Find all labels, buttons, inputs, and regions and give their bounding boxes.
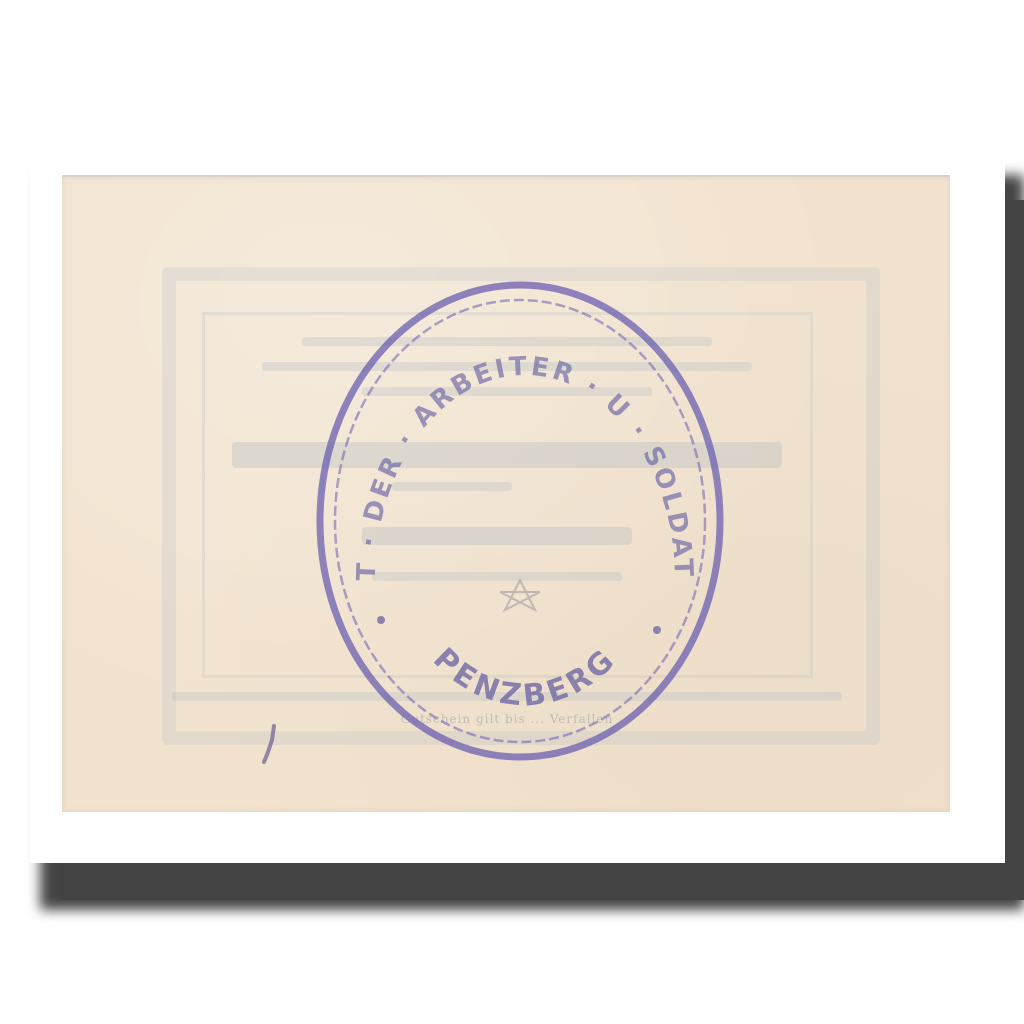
- ink-mark: [262, 722, 278, 766]
- stamp-top-text: RAT · DER · ARBEITER · U · SOLDATEN: [315, 280, 698, 581]
- svg-text:RAT · DER · ARBEITER · U · SOL: RAT · DER · ARBEITER · U · SOLDATEN: [315, 280, 698, 581]
- banknote-paper: Gutschein gilt bis ... Verfallen RAT · D…: [62, 175, 950, 812]
- stamp-bottom-text: PENZBERG: [426, 641, 624, 714]
- oval-stamp: RAT · DER · ARBEITER · U · SOLDATEN PENZ…: [315, 280, 725, 762]
- svg-text:PENZBERG: PENZBERG: [426, 641, 624, 714]
